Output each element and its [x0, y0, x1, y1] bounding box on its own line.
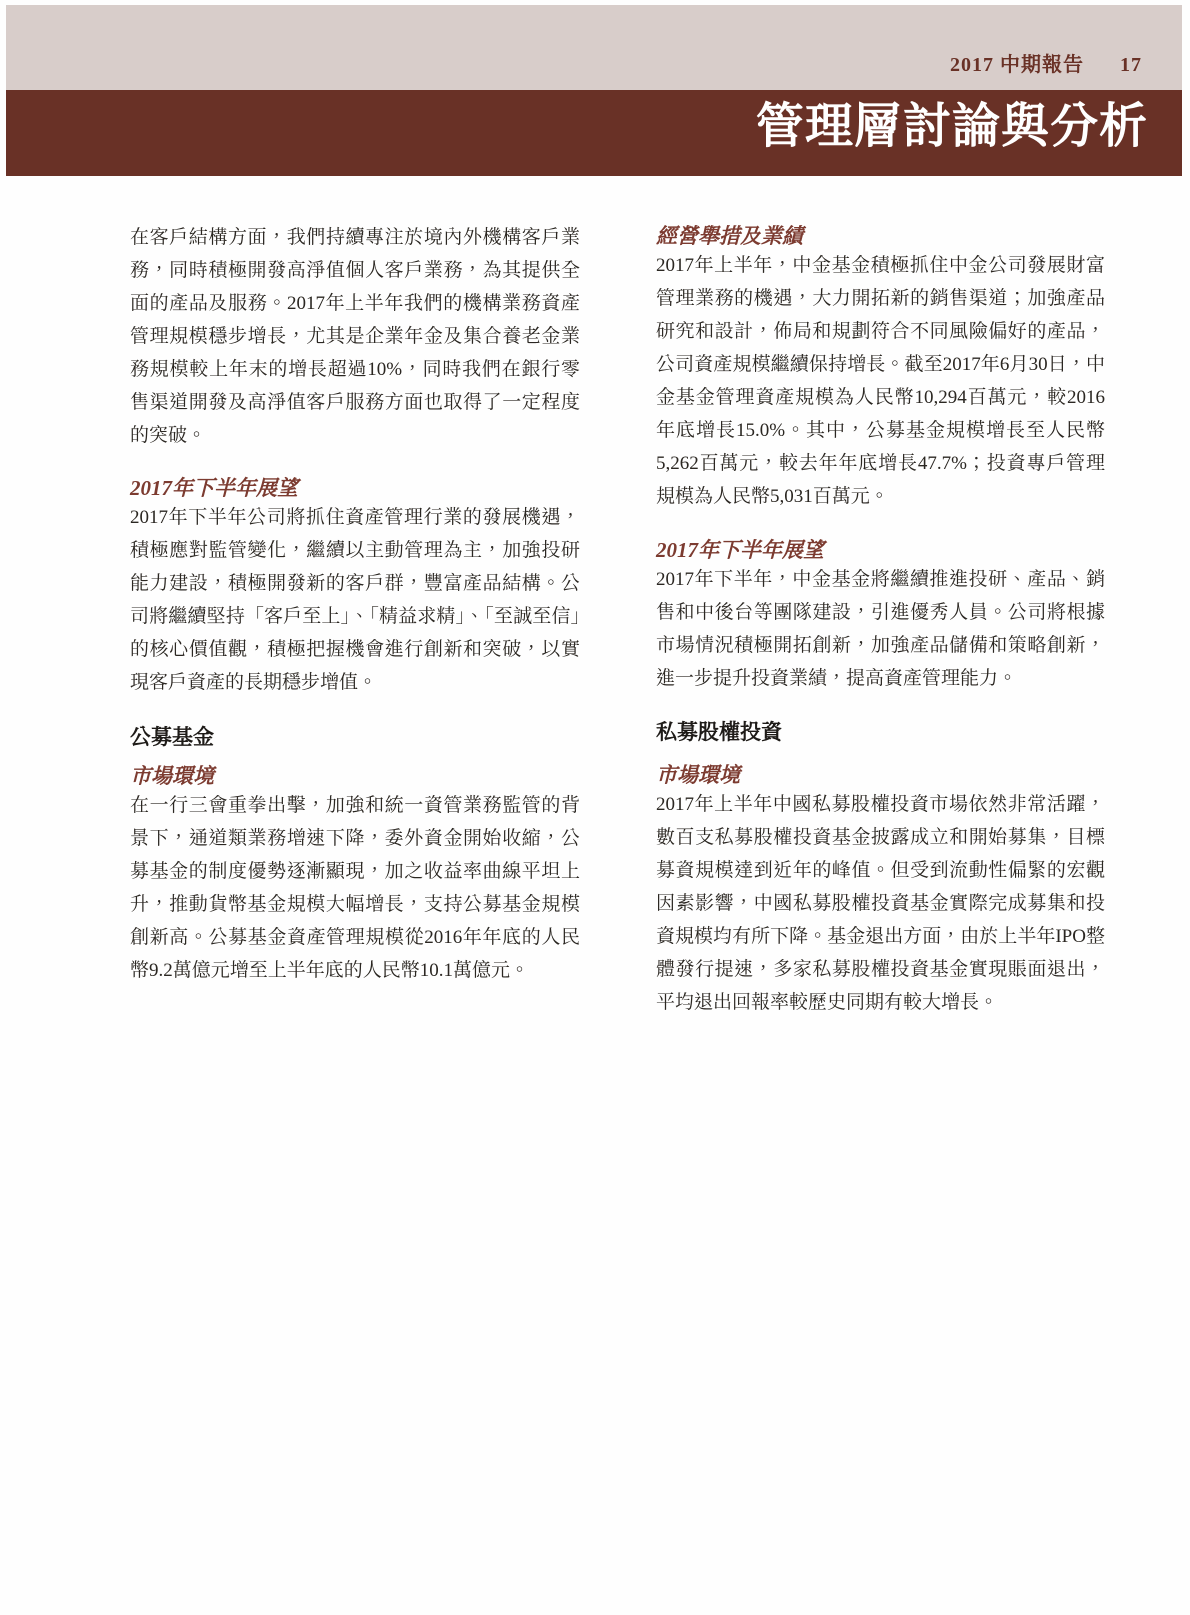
- public-funds-heading: 公募基金: [130, 724, 580, 750]
- client-structure-paragraph: 在客戶結構方面，我們持續專注於境內外機構客戶業務，同時積極開發高淨值個人客戶業務…: [130, 221, 580, 452]
- section-banner: 管理層討論與分析: [6, 90, 1182, 176]
- outlook-heading-left: 2017年下半年展望: [130, 475, 580, 501]
- market-environment-paragraph-left: 在一行三會重拳出擊，加強和統一資管業務監管的背景下，通道類業務增速下降，委外資金…: [130, 789, 580, 987]
- right-column: 經營舉措及業績 2017年上半年，中金基金積極抓住中金公司發展財富管理業務的機遇…: [656, 221, 1105, 1019]
- market-environment-heading-right: 市場環境: [656, 762, 1105, 788]
- report-title-label: 2017 中期報告: [950, 54, 1084, 76]
- outlook-paragraph-right: 2017年下半年，中金基金將繼續推進投研、產品、銷售和中後台等團隊建設，引進優秀…: [656, 563, 1105, 695]
- operations-results-heading: 經營舉措及業績: [656, 223, 1105, 249]
- page-header: 2017 中期報告17: [950, 48, 1142, 77]
- market-environment-paragraph-right: 2017年上半年中國私募股權投資市場依然非常活躍，數百支私募股權投資基金披露成立…: [656, 788, 1105, 1019]
- left-column: 在客戶結構方面，我們持續專注於境內外機構客戶業務，同時積極開發高淨值個人客戶業務…: [130, 221, 580, 987]
- outlook-heading-right: 2017年下半年展望: [656, 537, 1105, 563]
- page-number: 17: [1120, 54, 1142, 76]
- private-equity-heading: 私募股權投資: [656, 719, 1105, 745]
- section-banner-title: 管理層討論與分析: [756, 98, 1148, 156]
- outlook-paragraph-left: 2017年下半年公司將抓住資產管理行業的發展機遇，積極應對監管變化，繼續以主動管…: [130, 501, 580, 699]
- operations-results-paragraph: 2017年上半年，中金基金積極抓住中金公司發展財富管理業務的機遇，大力開拓新的銷…: [656, 249, 1105, 513]
- page-header-band: 2017 中期報告17: [6, 5, 1182, 90]
- market-environment-heading-left: 市場環境: [130, 763, 580, 789]
